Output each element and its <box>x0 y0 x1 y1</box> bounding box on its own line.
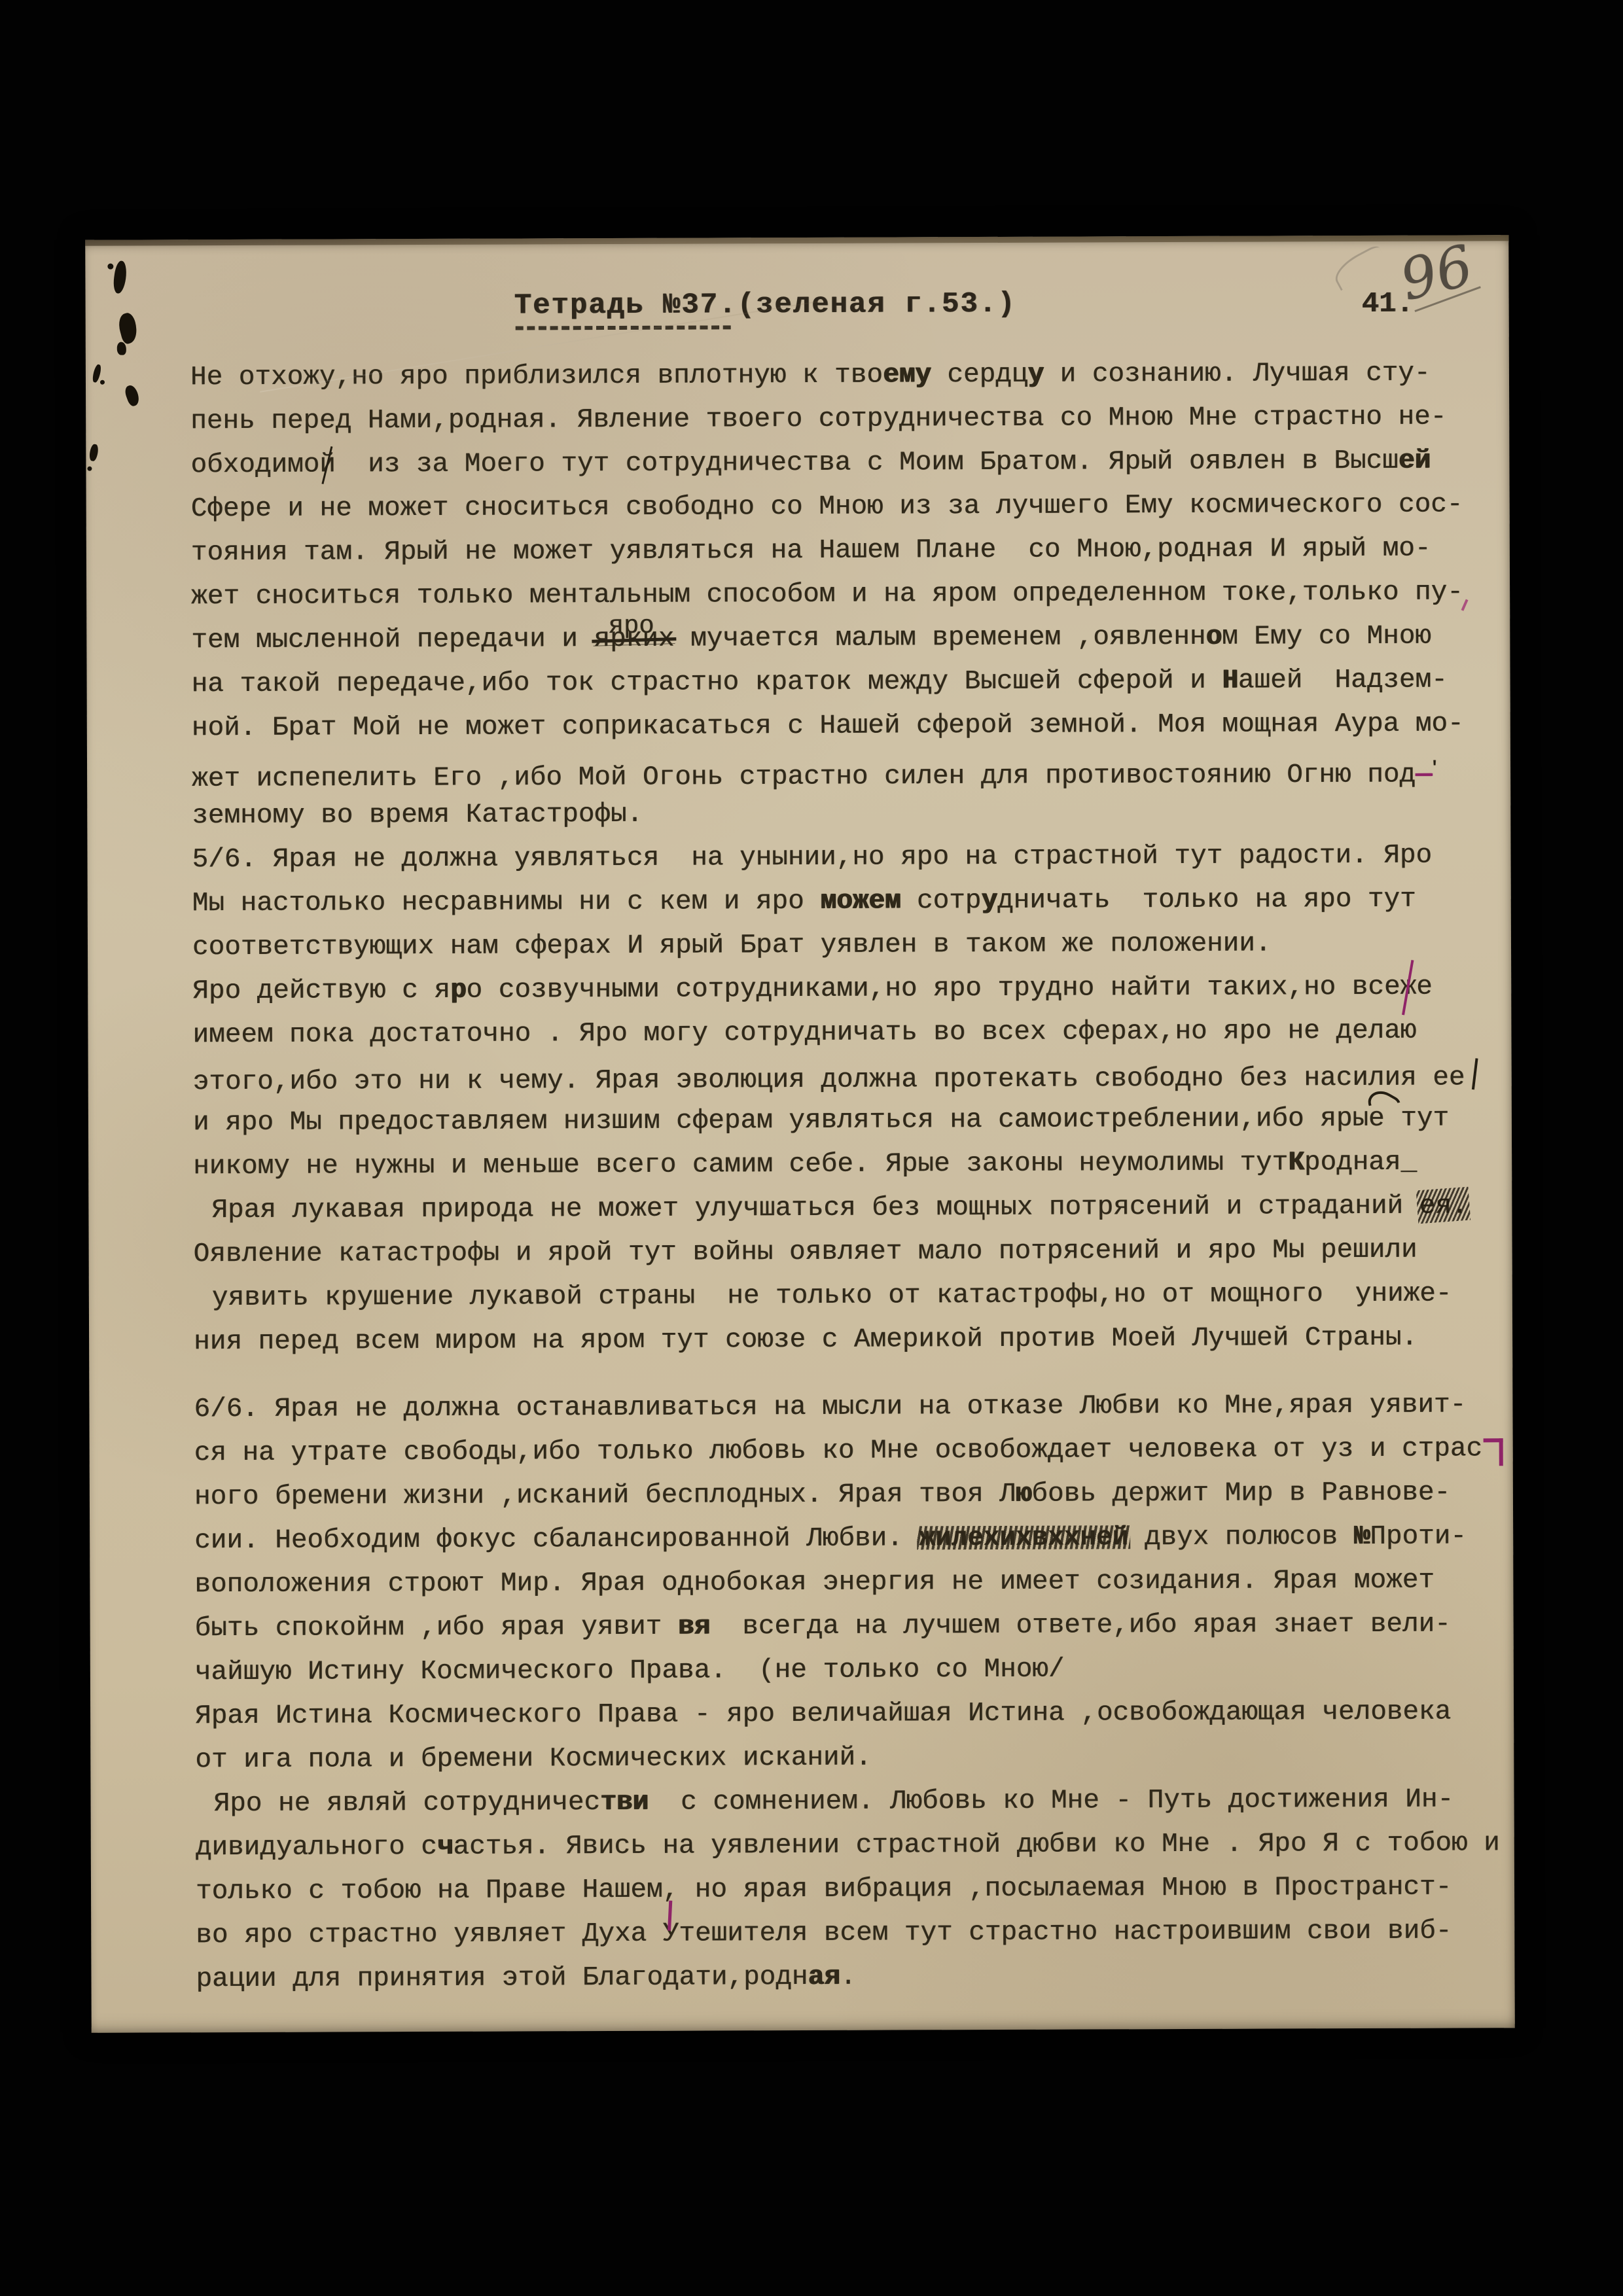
text-line: Сфере и не может сноситься свободно со М… <box>191 483 1510 531</box>
text-line: пень перед Нами,родная. Явление твоего с… <box>190 395 1509 444</box>
text-line: этого,ибо это ни к чему. Ярая эволюция д… <box>193 1053 1512 1101</box>
ink-blot <box>88 444 99 462</box>
text-line: Яро действую с яро созвучными сотрудника… <box>192 965 1511 1014</box>
ink-blot <box>100 380 105 385</box>
text-line: уявить крушение лукавой страны не только… <box>194 1272 1512 1320</box>
typewritten-text: Не отхожу,но яро приблизился вплотную к … <box>190 351 1515 2002</box>
text-line: обходимой из за Моего тут сотрудничества… <box>190 439 1509 487</box>
text-line: 6/6. Ярая не должна останавливаться на м… <box>194 1383 1512 1432</box>
text-line: рации для принятия этой Благодати,родная… <box>196 1953 1514 2002</box>
text-line: только с тобою на Праве Нашем, но ярая в… <box>196 1865 1514 1914</box>
text-line: жет сноситься только ментальным способом… <box>191 571 1510 619</box>
ink-blot <box>112 260 128 294</box>
notebook-number-label: Тетрадь №37. <box>514 289 737 322</box>
text-line: соответствующих нам сферах И ярый Брат у… <box>192 921 1511 970</box>
text-line: Оявление катастрофы и ярой тут войны ояв… <box>194 1228 1512 1277</box>
text-line: тем мысленной передачи и яркихяро мучает… <box>191 614 1510 663</box>
text-line: Ярая Истина Космического Права - яро вел… <box>195 1690 1514 1739</box>
text-line: чайшую Истину Космического Права. (не то… <box>195 1646 1514 1695</box>
text-line: ного бремени жизни ,исканий бесплодных. … <box>194 1471 1513 1519</box>
text-line: на такой передаче,ибо ток страстно крато… <box>191 658 1510 707</box>
notebook-subtitle-label: (зеленая г.53.) <box>737 288 1016 321</box>
ink-blot <box>117 342 126 355</box>
text-line: ния перед всем миром на яром тут союзе с… <box>194 1316 1512 1364</box>
ink-blot <box>123 383 141 407</box>
text-line: ся на утрате свободы,ибо только любовь к… <box>194 1427 1513 1475</box>
text-line: быть спокойнм ,ибо ярая уявит вя всегда … <box>195 1602 1514 1651</box>
text-line: никому не нужны и меньше всего самим себ… <box>193 1140 1512 1189</box>
text-line: и яро Мы предоставляем низшим сферам уяв… <box>193 1097 1512 1145</box>
text-line: тояния там. Ярый не может уявляться на Н… <box>191 527 1510 575</box>
text-line: от ига пола и бремени Космических искани… <box>195 1734 1514 1782</box>
text-line: 5/6. Ярая не должна уявляться на унынии,… <box>192 834 1510 882</box>
handwritten-number: 96 <box>1394 233 1480 314</box>
text-line: ной. Брат Мой не может соприкасаться с Н… <box>192 702 1510 751</box>
text-line: сии. Необходим фокус сбалансированной Лю… <box>194 1515 1513 1563</box>
ink-blot <box>87 467 92 471</box>
text-line: имеем пока достаточно . Яро могу сотрудн… <box>192 1009 1511 1057</box>
text-line: земному во время Катастрофы. <box>192 790 1510 838</box>
page-title: Тетрадь №37.(зеленая г.53.) <box>514 288 1016 323</box>
ink-blot <box>116 311 140 345</box>
text-line: дивидуального счастья. Явись на уявлении… <box>196 1822 1514 1870</box>
document-page: Тетрадь №37.(зеленая г.53.) 41. 96 Не от… <box>85 235 1515 2033</box>
text-line: Яро не являй сотрудничестви с сомнением.… <box>195 1778 1514 1826</box>
text-line: во яро страстно уявляет Духа Утешителя в… <box>196 1909 1514 1958</box>
pencil-squiggle <box>1330 244 1389 291</box>
text-line: Мы настолько несравнимы ни с кем и яро м… <box>192 877 1511 926</box>
text-line: Ярая лукавая природа не может улучшаться… <box>193 1184 1512 1233</box>
scan-background: Тетрадь №37.(зеленая г.53.) 41. 96 Не от… <box>0 0 1623 2296</box>
text-line: Не отхожу,но яро приблизился вплотную к … <box>190 351 1509 400</box>
ink-blot <box>107 264 113 270</box>
text-line: жет испепелить Его ,ибо Мой Огонь страст… <box>192 746 1510 794</box>
text-line: воположения строют Мир. Ярая однобокая э… <box>194 1559 1513 1607</box>
